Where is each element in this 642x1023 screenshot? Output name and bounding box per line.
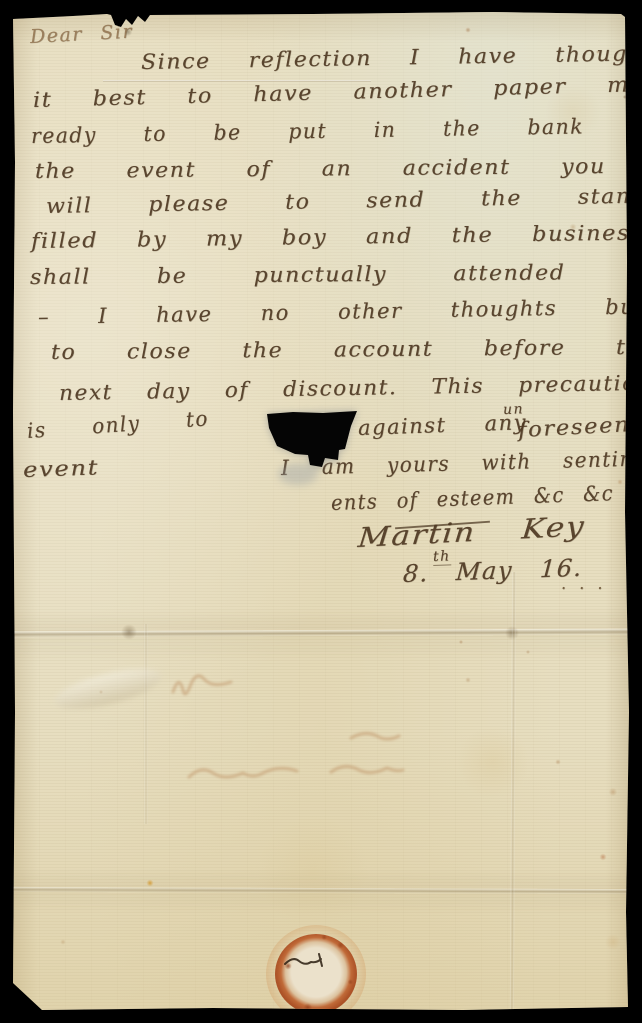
wax-seal-stain [275, 934, 357, 1014]
hole-shape [267, 411, 357, 467]
inserted-word: un [503, 401, 525, 418]
letter-line: event [23, 455, 100, 482]
bleed-through-stroke [173, 676, 231, 694]
scanned-letter: Dear Sir Since reflection I have thought… [0, 0, 642, 1023]
seal-ink-mark [283, 950, 343, 980]
bleed-through-stroke [189, 768, 297, 777]
bleed-through-stroke [331, 766, 403, 772]
bleed-through-stroke [351, 733, 399, 739]
letter-line: the event of an accident you [35, 154, 606, 183]
letter-paper: Dear Sir Since reflection I have thought… [13, 12, 630, 1012]
trailing-dots: . . . [561, 574, 606, 593]
letter-line: to close the account before the [51, 335, 642, 364]
ink-blot-hole [253, 404, 373, 494]
ink-smudge-halo [278, 463, 318, 485]
